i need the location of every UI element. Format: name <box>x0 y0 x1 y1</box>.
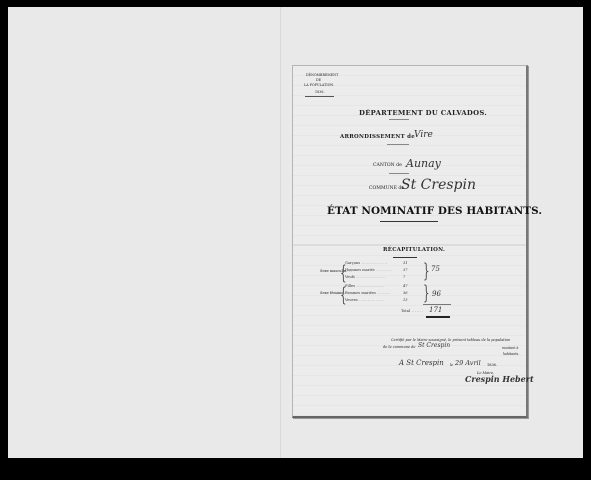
certification-year: 1836. <box>487 363 497 367</box>
paper-crease <box>293 244 526 246</box>
recap-total-label: Total ....... <box>401 309 423 313</box>
department-rule <box>389 119 409 120</box>
certification-line-3b: habitants. <box>503 352 519 356</box>
arrondissement-value: Vire <box>414 130 433 140</box>
female-subtotal-brace: } <box>423 282 429 302</box>
certification-line-1: Certifié par le Maire soussigné, le prés… <box>391 338 510 342</box>
census-document-page: DÉNOMBREMENT DE LA POPULATION. 1836. DÉP… <box>292 65 528 418</box>
department-heading: DÉPARTEMENT DU CALVADOS. <box>359 109 487 117</box>
recap-rule <box>393 257 417 258</box>
corner-rule <box>305 96 334 97</box>
certification-line-2: de la commune de <box>383 345 415 349</box>
recap-row-veufs: Veufs .................. 7 <box>345 275 386 279</box>
commune-label: COMMUNE de <box>369 186 404 191</box>
canton-rule <box>389 173 409 174</box>
recap-row-hommes-maries: Hommes mariés .......... 37 <box>345 268 393 272</box>
document-title: ÉTAT NOMINATIF DES HABITANTS. <box>327 205 542 217</box>
corner-line-2: DE <box>316 78 321 82</box>
certification-commune: St Crespin <box>418 342 450 349</box>
mayor-signature: Crespin Hebert <box>465 374 534 384</box>
corner-line-1: DÉNOMBREMENT <box>306 73 338 77</box>
recap-row-garcons: Garçons ................ 31 <box>345 261 388 265</box>
certification-line-3a: montant à <box>502 346 518 350</box>
title-rule <box>380 221 438 222</box>
arrondissement-label: ARRONDISSEMENT de <box>340 134 415 140</box>
male-subtotal-brace: } <box>423 260 429 280</box>
corner-year: 1836. <box>315 90 325 94</box>
corner-line-3: LA POPULATION. <box>304 83 334 87</box>
canton-value: Aunay <box>406 157 441 170</box>
certification-place: A St Crespin <box>399 359 444 367</box>
recap-row-veuves: Veuves ............... 13 <box>345 298 384 302</box>
recap-row-filles: Filles ................. 47 <box>345 284 384 288</box>
recap-total-value: 171 <box>429 306 442 314</box>
scanner-fold-line <box>280 7 281 458</box>
male-subtotal: 75 <box>431 265 440 273</box>
canton-label: CANTON de <box>373 163 402 168</box>
male-brace: { <box>340 262 346 282</box>
total-rule <box>426 316 450 318</box>
arrondissement-rule <box>387 144 409 145</box>
certification-date: 29 Avril <box>455 359 481 367</box>
recap-row-femmes-mariees: Femmes mariées ........ 36 <box>345 291 391 295</box>
female-subtotal: 96 <box>432 290 441 298</box>
date-prefix: le <box>450 363 453 367</box>
subtotal-rule <box>423 304 451 305</box>
recap-heading: RÉCAPITULATION. <box>383 247 445 253</box>
commune-value: St Crespin <box>401 177 476 193</box>
